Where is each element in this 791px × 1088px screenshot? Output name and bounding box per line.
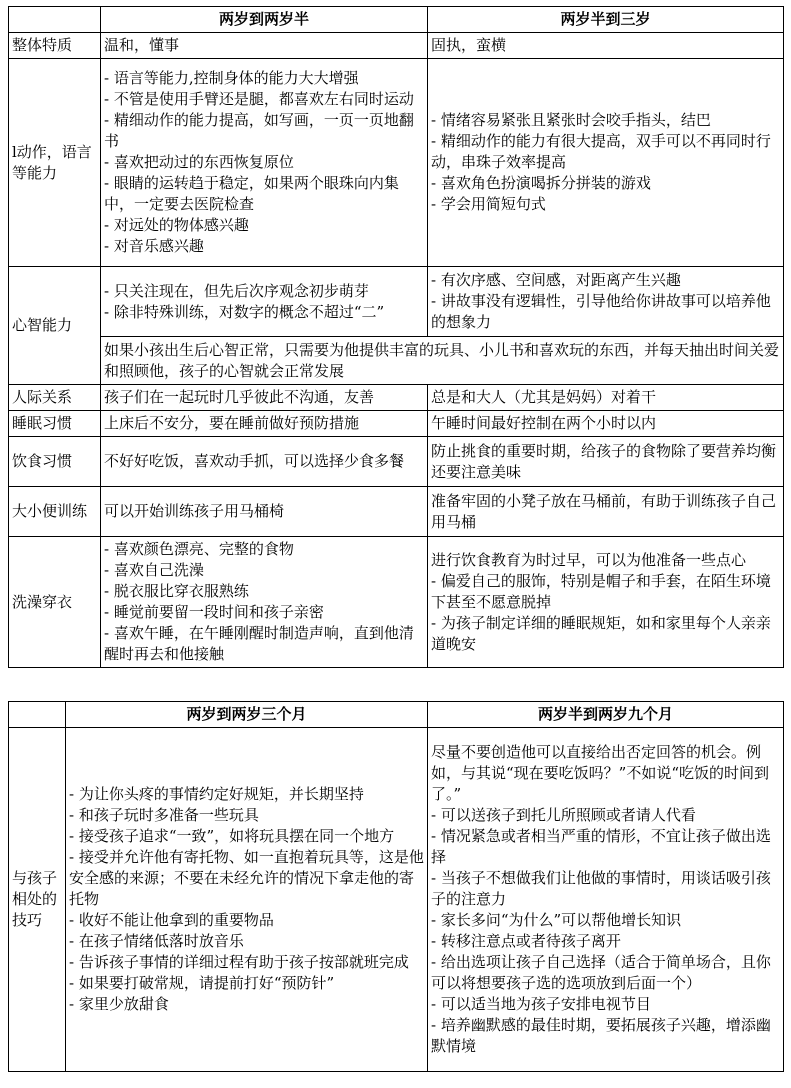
cell-left: 上床后不安分，要在睡前做好预防措施 xyxy=(101,411,428,437)
cell-right: 准备牢固的小凳子放在马桶前，有助于训练孩子自己用马桶 xyxy=(428,487,784,537)
table-row-eating-habits: 饮食习惯 不好好吃饭，喜欢动手抓，可以选择少食多餐 防止挑食的重要时期，给孩子的… xyxy=(9,437,784,487)
cell-right: - 有次序感、空间感，对距离产生兴趣 - 讲故事没有逻辑性，引导他给你讲故事可以… xyxy=(428,267,784,337)
column-header-2y6m-to-2y9m: 两岁半到两岁九个月 xyxy=(428,702,784,728)
cell-left: 温和，懂事 xyxy=(101,33,428,59)
tips-table-age-ranges: 两岁到两岁三个月 两岁半到两岁九个月 与孩子相处的技巧 - 为让你头疼的事情约定… xyxy=(8,701,784,1072)
table-header-row: 两岁到两岁三个月 两岁半到两岁九个月 xyxy=(9,702,784,728)
cell-right: 尽量不要创造他可以直接给出否定回答的机会。例如，与其说“现在要吃饭吗？”不如说“… xyxy=(428,728,784,1072)
cell-left: 孩子们在一起玩时几乎彼此不沟通，友善 xyxy=(101,385,428,411)
corner-cell xyxy=(9,702,66,728)
table-row-mental-ability-note: 如果小孩出生后心智正常，只需要为他提供丰富的玩具、小儿书和喜欢玩的东西，并每天抽… xyxy=(9,337,784,385)
row-label: 与孩子相处的技巧 xyxy=(9,728,66,1072)
cell-left: - 为让你头疼的事情约定好规矩，并长期坚持 - 和孩子玩时多准备一些玩具 - 接… xyxy=(66,728,428,1072)
development-table-age-2-to-3: 两岁到两岁半 两岁半到三岁 整体特质 温和，懂事 固执，蛮横 l动作，语言等能力… xyxy=(8,6,784,668)
row-label: 睡眠习惯 xyxy=(9,411,101,437)
cell-left: - 语言等能力,控制身体的能力大大增强 - 不管是使用手臂还是腿，都喜欢左右同时… xyxy=(101,59,428,267)
table-row-mental-ability: 心智能力 - 只关注现在，但先后次序观念初步萌芽 - 除非特殊训练，对数字的概念… xyxy=(9,267,784,337)
table-row-motor-language: l动作，语言等能力 - 语言等能力,控制身体的能力大大增强 - 不管是使用手臂还… xyxy=(9,59,784,267)
cell-right: 午睡时间最好控制在两个小时以内 xyxy=(428,411,784,437)
row-label: 大小便训练 xyxy=(9,487,101,537)
cell-right: 进行饮食教育为时过早，可以为他准备一些点心 - 偏爱自己的服饰，特别是帽子和手套… xyxy=(428,537,784,668)
table-row-overall-traits: 整体特质 温和，懂事 固执，蛮横 xyxy=(9,33,784,59)
row-label: 人际关系 xyxy=(9,385,101,411)
row-label: 洗澡穿衣 xyxy=(9,537,101,668)
corner-cell xyxy=(9,7,101,33)
row-label: 饮食习惯 xyxy=(9,437,101,487)
cell-right: - 情绪容易紧张且紧张时会咬手指头，结巴 - 精细动作的能力有很大提高，双手可以… xyxy=(428,59,784,267)
table-row-getting-along-tips: 与孩子相处的技巧 - 为让你头疼的事情约定好规矩，并长期坚持 - 和孩子玩时多准… xyxy=(9,728,784,1072)
column-header-age-2h-to-3: 两岁半到三岁 xyxy=(428,7,784,33)
row-label: 整体特质 xyxy=(9,33,101,59)
table-row-toilet-training: 大小便训练 可以开始训练孩子用马桶椅 准备牢固的小凳子放在马桶前，有助于训练孩子… xyxy=(9,487,784,537)
table-header-row: 两岁到两岁半 两岁半到三岁 xyxy=(9,7,784,33)
column-header-age-2-to-2h: 两岁到两岁半 xyxy=(101,7,428,33)
table-row-sleep-habits: 睡眠习惯 上床后不安分，要在睡前做好预防措施 午睡时间最好控制在两个小时以内 xyxy=(9,411,784,437)
row-label: l动作，语言等能力 xyxy=(9,59,101,267)
cell-merged: 如果小孩出生后心智正常，只需要为他提供丰富的玩具、小儿书和喜欢玩的东西，并每天抽… xyxy=(101,337,784,385)
cell-left: - 喜欢颜色漂亮、完整的食物 - 喜欢自己洗澡 - 脱衣服比穿衣服熟练 - 睡觉… xyxy=(101,537,428,668)
cell-right: 总是和大人（尤其是妈妈）对着干 xyxy=(428,385,784,411)
row-label: 心智能力 xyxy=(9,267,101,385)
column-header-2y-to-2y3m: 两岁到两岁三个月 xyxy=(66,702,428,728)
document-page: 两岁到两岁半 两岁半到三岁 整体特质 温和，懂事 固执，蛮横 l动作，语言等能力… xyxy=(0,0,791,1088)
table-row-bath-dressing: 洗澡穿衣 - 喜欢颜色漂亮、完整的食物 - 喜欢自己洗澡 - 脱衣服比穿衣服熟练… xyxy=(9,537,784,668)
cell-right: 固执，蛮横 xyxy=(428,33,784,59)
cell-left: 可以开始训练孩子用马桶椅 xyxy=(101,487,428,537)
cell-right: 防止挑食的重要时期，给孩子的食物除了要营养均衡还要注意美味 xyxy=(428,437,784,487)
cell-left: 不好好吃饭，喜欢动手抓，可以选择少食多餐 xyxy=(101,437,428,487)
table-row-social-relations: 人际关系 孩子们在一起玩时几乎彼此不沟通，友善 总是和大人（尤其是妈妈）对着干 xyxy=(9,385,784,411)
cell-left: - 只关注现在，但先后次序观念初步萌芽 - 除非特殊训练，对数字的概念不超过“二… xyxy=(101,267,428,337)
